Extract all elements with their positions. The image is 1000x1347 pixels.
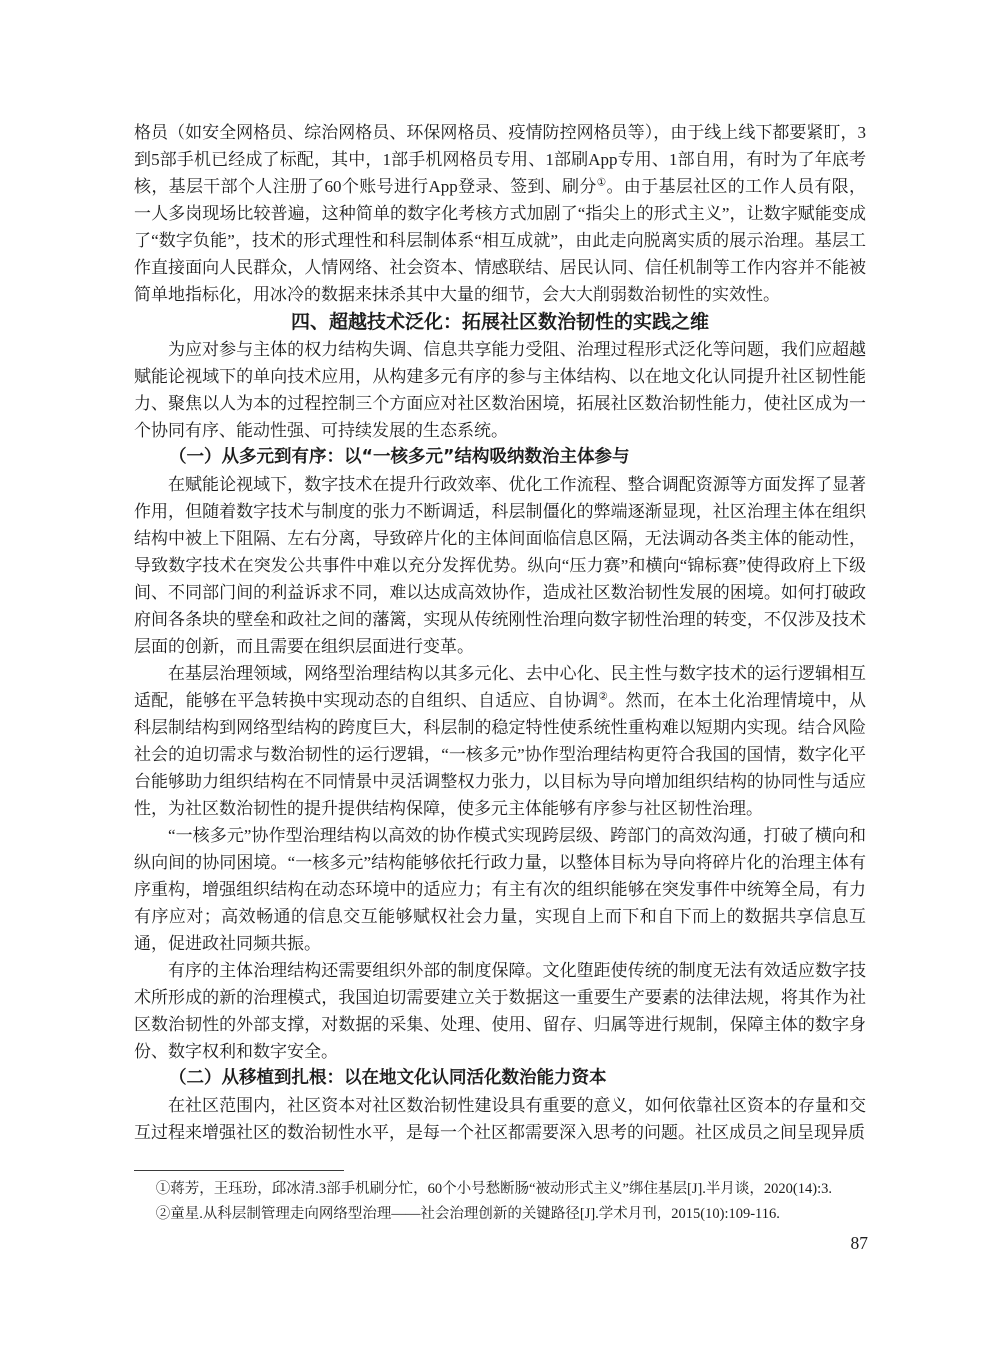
body-paragraph: “一核多元”协作型治理结构以高效的协作模式实现跨层级、跨部门的高效沟通，打破了横… xyxy=(134,822,866,957)
body-paragraph: 在赋能论视域下，数字技术在提升行政效率、优化工作流程、整合调配资源等方面发挥了显… xyxy=(134,471,866,660)
subsection-heading: （二）从移植到扎根：以在地文化认同活化数治能力资本 xyxy=(134,1065,866,1092)
footnote-ref-mark: ① xyxy=(597,177,607,188)
footnote-ref-mark: ② xyxy=(599,691,609,702)
body-paragraph: 在社区范围内，社区资本对社区数治韧性建设具有重要的意义，如何依靠社区资本的存量和… xyxy=(134,1092,866,1146)
footnote-text: 蒋芳，王珏玢，邱冰清.3部手机刷分忙，60个小号愁断肠“被动形式主义”绑住基层[… xyxy=(170,1181,832,1197)
footnote-marker: ② xyxy=(156,1206,171,1222)
footnote-section: ①蒋芳，王珏玢，邱冰清.3部手机刷分忙，60个小号愁断肠“被动形式主义”绑住基层… xyxy=(134,1170,866,1227)
footnote-item: ①蒋芳，王珏玢，邱冰清.3部手机刷分忙，60个小号愁断肠“被动形式主义”绑住基层… xyxy=(134,1177,866,1202)
footnote-marker: ① xyxy=(156,1181,171,1197)
article-body: 格员（如安全网格员、综治网格员、环保网格员、疫情防控网格员等），由于线上线下都要… xyxy=(134,119,866,1146)
body-paragraph: 为应对参与主体的权力结构失调、信息共享能力受阻、治理过程形式泛化等问题，我们应超… xyxy=(134,336,866,444)
subsection-heading: （一）从多元到有序：以“一核多元”结构吸纳数治主体参与 xyxy=(134,444,866,471)
journal-page: 格员（如安全网格员、综治网格员、环保网格员、疫情防控网格员等），由于线上线下都要… xyxy=(0,0,1000,1347)
footnote-item: ②童星.从科层制管理走向网络型治理——社会治理创新的关键路径[J].学术月刊，2… xyxy=(134,1202,866,1227)
body-paragraph: 在基层治理领域，网络型治理结构以其多元化、去中心化、民主性与数字技术的运行逻辑相… xyxy=(134,660,866,822)
section-heading: 四、超越技术泛化：拓展社区数治韧性的实践之维 xyxy=(134,308,866,336)
page-number: 87 xyxy=(851,1233,869,1254)
body-paragraph-continued: 格员（如安全网格员、综治网格员、环保网格员、疫情防控网格员等），由于线上线下都要… xyxy=(134,119,866,308)
body-paragraph: 有序的主体治理结构还需要组织外部的制度保障。文化堕距使传统的制度无法有效适应数字… xyxy=(134,957,866,1065)
footnote-separator xyxy=(134,1170,344,1171)
footnote-text: 童星.从科层制管理走向网络型治理——社会治理创新的关键路径[J].学术月刊，20… xyxy=(170,1206,780,1222)
